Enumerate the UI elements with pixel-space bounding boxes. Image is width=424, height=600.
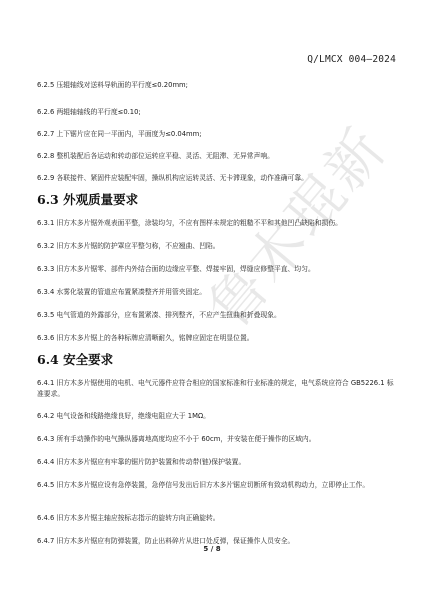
clause-6-4-5: 6.4.5 旧方木多片锯应设有急停装置，急停信号发出后旧方木多片锯应切断所有致动… bbox=[37, 480, 397, 491]
section-heading-6-3: 6.3 外观质量要求 bbox=[37, 190, 138, 208]
clause-6-3-6: 6.3.6 旧方木多片锯上的各种标牌应清晰耐久，铭牌应固定在明显位置。 bbox=[37, 333, 397, 344]
clause-6-4-4: 6.4.4 旧方木多片锯应有牢靠的锯片防护装置和传动带(链)保护装置。 bbox=[37, 457, 397, 468]
page-number: 5 / 8 bbox=[0, 545, 424, 553]
section-heading-6-4: 6.4 安全要求 bbox=[37, 350, 113, 368]
clause-6-2-9: 6.2.9 各联接件、紧固件应装配牢固，操纵机构应运转灵活、无卡滞现象，动作准确… bbox=[37, 173, 397, 184]
clause-6-4-1: 6.4.1 旧方木多片锯使用的电机、电气元器件应符合相应的国家标准和行业标准的规… bbox=[37, 378, 397, 400]
clause-6-3-4: 6.3.4 水雾化装置的管道应布置紧凑整齐并用管夹固定。 bbox=[37, 287, 397, 298]
clause-6-2-6: 6.2.6 两辊轴轴线的平行度≤0.10; bbox=[37, 107, 397, 118]
clause-6-4-2: 6.4.2 电气设备和线路绝缘良好，绝缘电阻应大于 1MΩ。 bbox=[37, 411, 397, 422]
clause-6-4-3: 6.4.3 所有手动操作的电气操纵器离地高度均应不小于 60cm，并安装在便于操… bbox=[37, 434, 397, 445]
clause-6-2-5: 6.2.5 压辊轴线对送料导轨面的平行度≤0.20mm; bbox=[37, 80, 397, 91]
clause-6-2-8: 6.2.8 整机装配后各运动和转动部位运转应平稳、灵活、无阻滞、无异常声响。 bbox=[37, 151, 397, 162]
clause-6-3-5: 6.3.5 电气管道的外露部分，应布置紧凑、排列整齐，不应产生扭曲和折叠现象。 bbox=[37, 310, 397, 321]
clause-6-2-7: 6.2.7 上下锯片应在同一平面内，平面度为≤0.04mm; bbox=[37, 129, 397, 140]
clause-6-3-2: 6.3.2 旧方木多片锯的防护罩应平整匀称，不应翘曲、凹陷。 bbox=[37, 241, 397, 252]
clause-6-4-6: 6.4.6 旧方木多片锯主轴应按标志指示的旋转方向正确旋转。 bbox=[37, 513, 397, 524]
clause-6-3-1: 6.3.1 旧方木多片锯外观表面平整，涂装均匀，不应有图样未规定的粗糙不平和其他… bbox=[37, 218, 397, 229]
document-code: Q/LMCX 004—2024 bbox=[307, 54, 396, 65]
clause-6-3-3: 6.3.3 旧方木多片锯零、部件内外结合面的边缘应平整、焊接牢固，焊缝应修整平直… bbox=[37, 264, 397, 275]
